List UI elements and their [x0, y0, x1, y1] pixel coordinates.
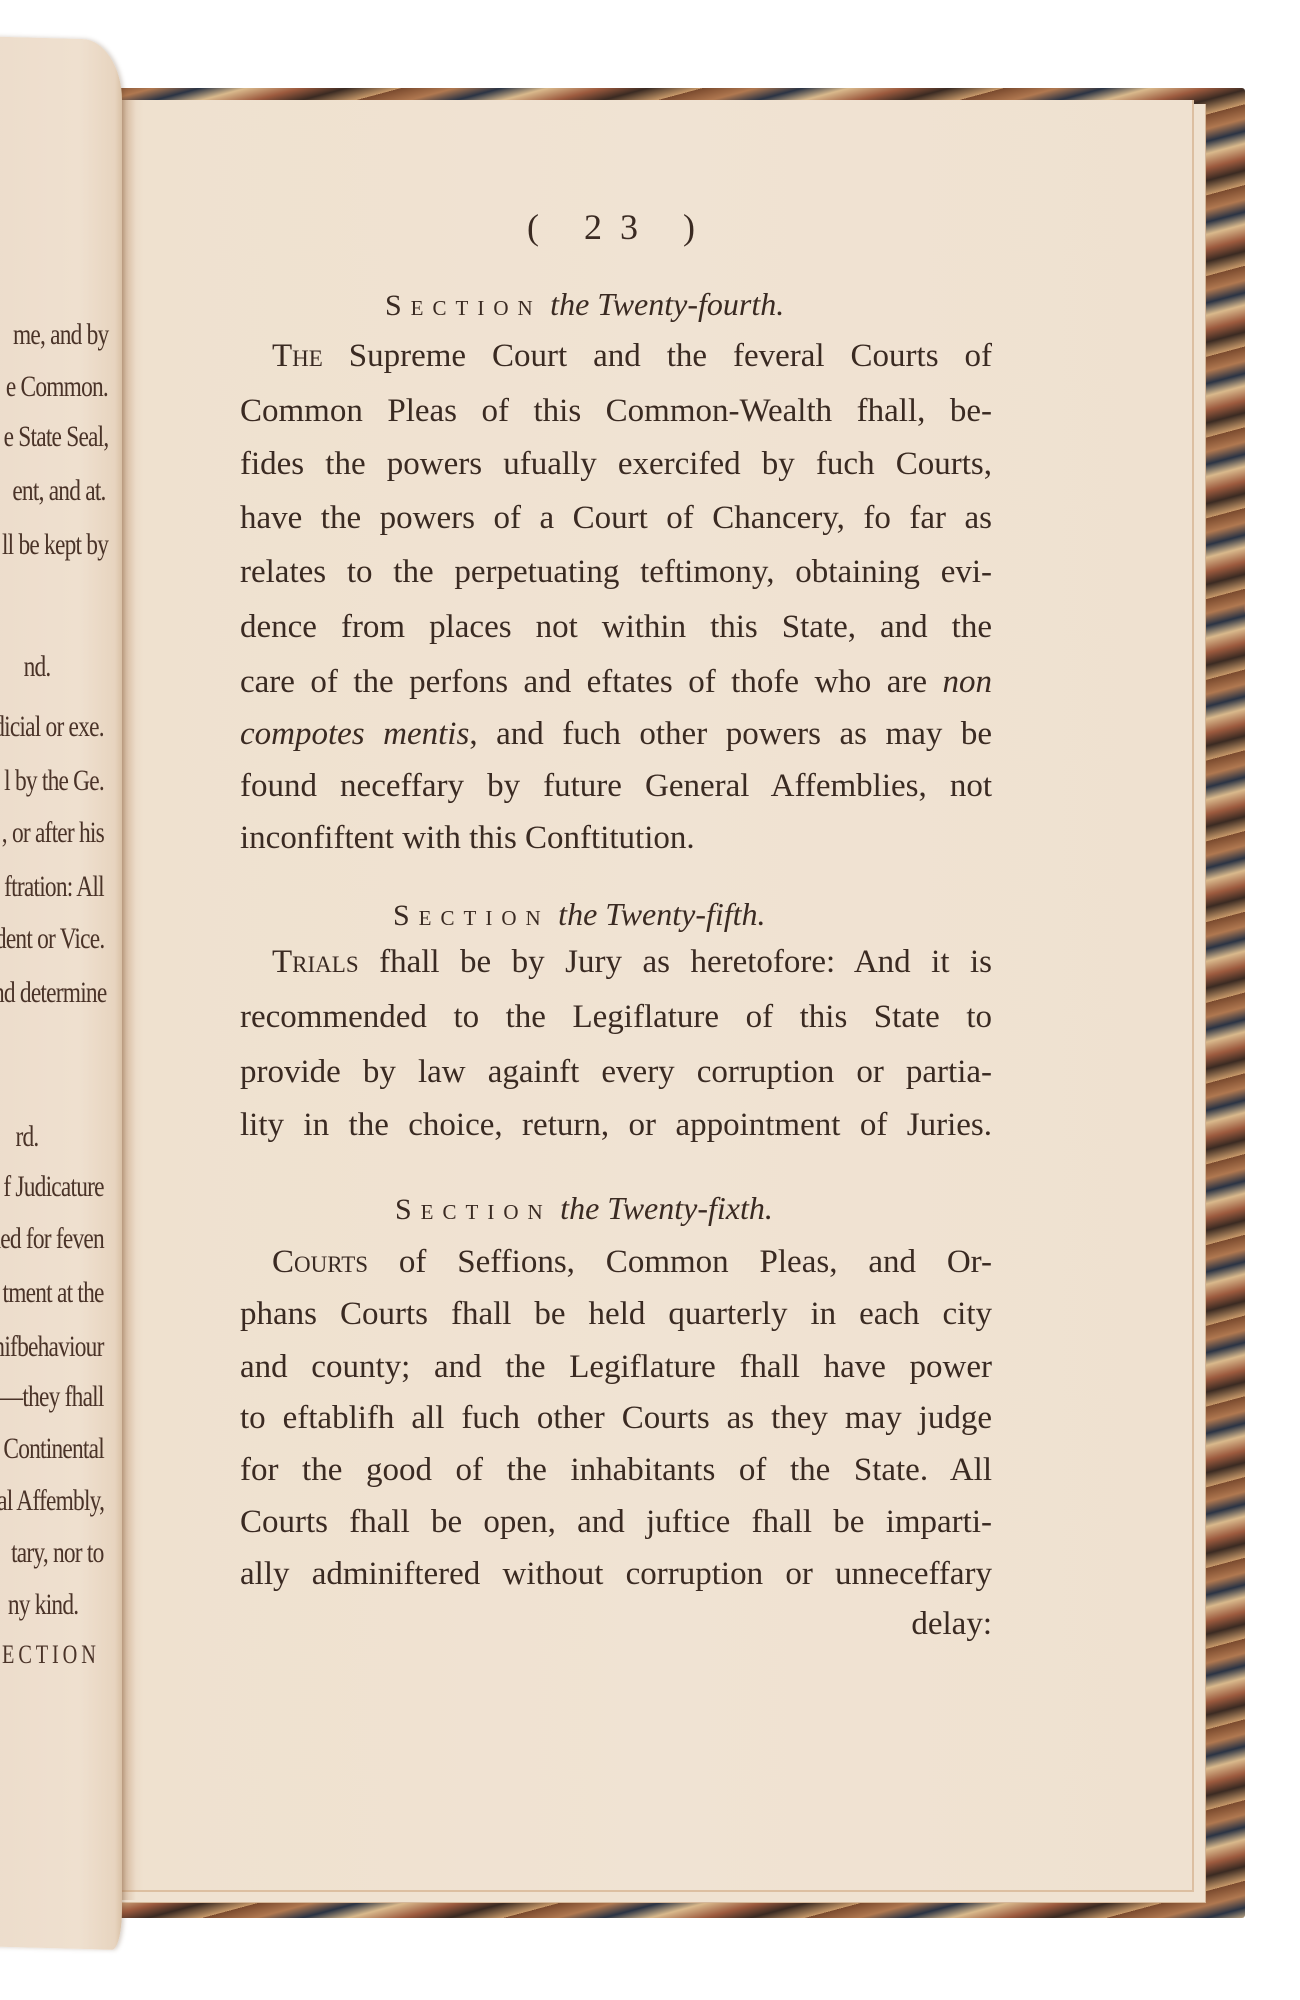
text-line: and county; and the Legiflature fhall ha… — [240, 1349, 992, 1386]
left-fragment: ned for feven — [0, 1222, 104, 1256]
heading-italic: the Twenty-fifth. — [558, 896, 765, 932]
left-fragment: tment at the — [3, 1276, 104, 1310]
latin-compotes-mentis: compotes mentis — [240, 716, 469, 752]
left-fragment: ll be kept by — [2, 528, 108, 562]
text-line: ally adminiftered without corruption or … — [240, 1556, 992, 1593]
left-fragment: me, and by — [12, 318, 108, 352]
latin-non: non — [943, 664, 993, 700]
text-line: have the powers of a Court of Chancery, … — [240, 500, 992, 537]
text-line: fides the powers ufually exercifed by fu… — [240, 446, 992, 483]
text-line: dence from places not within this State,… — [240, 609, 992, 646]
text-line: relates to the perpetuating teftimony, o… — [240, 554, 992, 591]
section-heading-26: Section the Twenty-fixth. — [395, 1190, 773, 1227]
text-line: Courts fhall be open, and juftice fhall … — [240, 1504, 992, 1541]
left-catchword: SECTION — [0, 1640, 100, 1670]
text-line: Trials fhall be by Jury as heretofore: A… — [272, 944, 992, 981]
section-heading-24: Section the Twenty-fourth. — [385, 286, 784, 323]
text-line: inconfiftent with this Conftitution. — [240, 820, 992, 857]
left-fragment: tary, nor to — [12, 1536, 104, 1570]
left-fragment: rd. — [15, 1120, 38, 1154]
heading-caps: Section — [393, 899, 550, 932]
text-line: for the good of the inhabitants of the S… — [240, 1452, 992, 1489]
left-fragment: al Affembly, — [0, 1484, 104, 1518]
text-line: to eftablifh all fuch other Courts as th… — [240, 1400, 992, 1437]
page-number: ( 23 ) — [520, 206, 720, 248]
left-fragment: dent or Vice. — [0, 922, 104, 956]
left-fragment: dicial or exe. — [0, 710, 104, 744]
left-fragment: ent, and at. — [13, 474, 106, 508]
text-line: provide by law againft every corruption … — [240, 1054, 992, 1091]
text-line: care of the perfons and eftates of thofe… — [240, 664, 992, 701]
heading-italic: the Twenty-fixth. — [560, 1190, 773, 1226]
text-line: phans Courts fhall be held quarterly in … — [240, 1296, 992, 1333]
section-heading-25: Section the Twenty-fifth. — [393, 896, 766, 933]
left-fragment: ny kind. — [8, 1588, 78, 1622]
left-fragment: ftration: All — [4, 870, 104, 904]
text-line: Common Pleas of this Common-Wealth fhall… — [240, 393, 992, 430]
left-fragment: e Common. — [6, 370, 108, 404]
heading-italic: the Twenty-fourth. — [550, 286, 784, 322]
left-fragment: e State Seal, — [3, 420, 108, 454]
left-fragment: l by the Ge. — [4, 764, 104, 798]
catchword-line: delay: — [240, 1606, 992, 1643]
left-fragment: ,—they fhall — [0, 1380, 104, 1414]
gutter-shadow — [122, 100, 136, 1900]
left-fragment: nd determine — [0, 976, 106, 1010]
text-line: recommended to the Legiflature of this S… — [240, 999, 992, 1036]
text-line: lity in the choice, return, or appointme… — [240, 1107, 992, 1144]
left-fragment: Continental — [3, 1432, 104, 1466]
text-line: compotes mentis, and fuch other powers a… — [240, 716, 992, 753]
left-fragment: mifbehaviour — [0, 1330, 104, 1364]
heading-caps: Section — [385, 289, 542, 322]
left-fragment: , or after his — [2, 816, 104, 850]
left-fragment: f Judicature — [4, 1170, 104, 1204]
text-line: Courts of Seffions, Common Pleas, and Or… — [272, 1244, 992, 1281]
text-line: The Supreme Court and the feveral Courts… — [272, 338, 992, 375]
heading-caps: Section — [395, 1193, 552, 1226]
left-fragment: nd. — [23, 650, 50, 684]
text-line: found neceffary by future General Affemb… — [240, 768, 992, 805]
